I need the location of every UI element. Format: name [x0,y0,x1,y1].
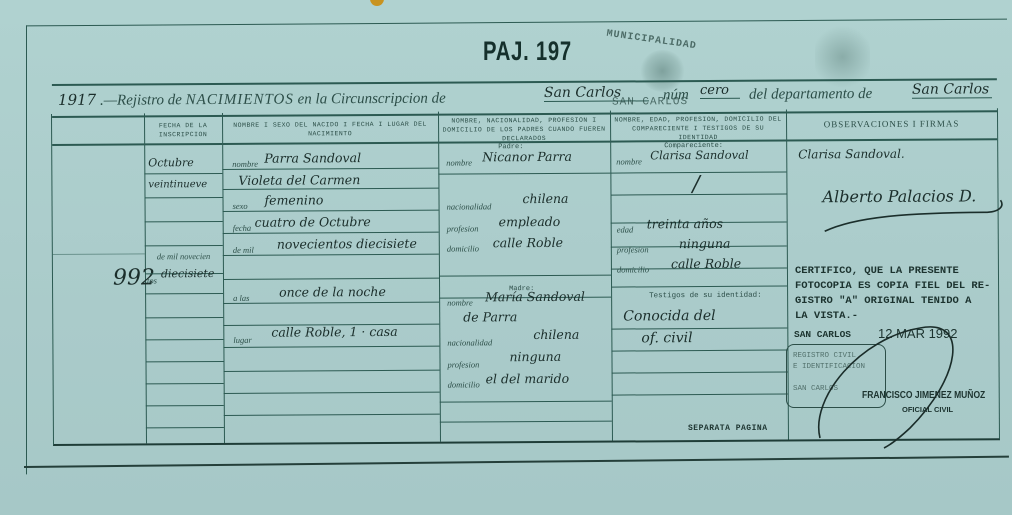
declarant-domicilio-label: domicilio [617,264,649,274]
signature-clarisa: Clarisa Sandoval. [798,147,905,162]
header-observations: OBSERVACIONES I FIRMAS [786,108,997,141]
san-carlos-stamp: SAN CARLOS [612,96,688,108]
father-nombre: Nicanor Parra [482,149,572,165]
declarant-nombre-label: nombre [616,156,642,166]
pushpin-marker [370,0,384,6]
mother-domicilio-label: domicilio [448,379,480,389]
birth-year: novecientos diecisiete [277,236,417,252]
mother-nombre-2: de Parra [463,309,517,324]
header-declarant: NOMBRE, EDAD, PROFESION, DOMICILIO DEL C… [610,110,786,143]
mother-domicilio: el del marido [486,371,570,387]
birth-sexo-label: sexo [233,201,248,211]
father-profesion: empleado [499,214,561,229]
mother-profesion-label: profesion [447,359,479,369]
witnesses-heading: Testigos de su identidad: [649,292,762,301]
declarant-profesion: ninguna [679,236,731,251]
header-number [52,113,144,146]
birth-fecha: cuatro de Octubre [255,214,371,230]
register-title: 1917 .—Rejistro de NACIMIENTOS en la Cir… [58,89,446,110]
birth-nombre-2: Violeta del Carmen [238,172,360,188]
mother-nacionalidad: chilena [533,327,579,342]
declarant-nombre: Clarisa Sandoval [650,148,748,163]
witnesses-line-2: of. civil [641,330,692,346]
birth-lugar-label: lugar [233,335,251,345]
inscription-year-label-2: tos [147,275,157,285]
birth-hora-label: a las [233,293,249,303]
register-type: NACIMIENTOS [186,92,294,109]
declarant-edad: treinta años [647,216,723,231]
declarant-edad-label: edad [617,224,634,234]
mother-nacionalidad-label: nacionalidad [447,337,492,347]
mother-nombre-label: nombre [447,297,473,307]
departamento-label: del departamento de [749,86,872,104]
inscription-day: veintinueve [148,179,207,190]
register-year: 1917 [58,91,96,109]
father-domicilio-label: domicilio [447,243,479,253]
register-prefix: .—Rejistro de [100,92,182,109]
declarant-domicilio: calle Roble [671,256,741,271]
footer-stamp: SEPARATA PAGINA [688,424,768,433]
father-domicilio: calle Roble [493,235,563,250]
declarant-profesion-label: profesion [617,244,649,254]
header-birth: NOMBRE I SEXO DEL NACIDO I FECHA I LUGAR… [222,112,438,145]
register-mid: en la Circunscripcion de [298,91,446,108]
header-parents: NOMBRE, NACIONALIDAD, PROFESION I DOMICI… [438,111,610,144]
header-inscription-date: FECHA DE LA INSCRIPCION [144,113,222,145]
birth-year-label: de mil [233,245,254,255]
document-paper: PAJ. 197 MUNICIPALIDAD 1917 .—Rejistro d… [0,0,1012,515]
inscription-year-label: de mil novecien [157,251,210,261]
birth-fecha-label: fecha [233,223,251,233]
father-nacionalidad-label: nacionalidad [447,201,492,211]
birth-sexo: femenino [264,192,323,207]
departamento-value: San Carlos [912,81,992,98]
birth-nombre-1: Parra Sandoval [264,150,361,166]
birth-nombre-label: nombre [232,159,258,169]
declarant-mark: / [692,172,700,197]
father-profesion-label: profesion [447,223,479,233]
birth-hora: once de la noche [279,284,386,300]
witnesses-line-1: Conocida del [623,308,715,325]
official-signature-loop [800,318,970,448]
signature-flourish [815,198,1012,239]
mother-profesion: ninguna [509,349,561,364]
inscription-month: Octubre [148,156,194,169]
birth-lugar: calle Roble, 1 · casa [271,324,397,340]
father-nombre-label: nombre [446,157,472,167]
mother-nombre-1: María Sandoval [485,289,585,305]
certificate-text: CERTIFICO, QUE LA PRESENTE FOTOCOPIA ES … [795,264,990,324]
page-number-label: PAJ. 197 [483,36,572,67]
inscription-year-value: diecisiete [161,267,214,280]
num-value: cero [700,83,740,99]
father-nacionalidad: chilena [522,191,568,206]
